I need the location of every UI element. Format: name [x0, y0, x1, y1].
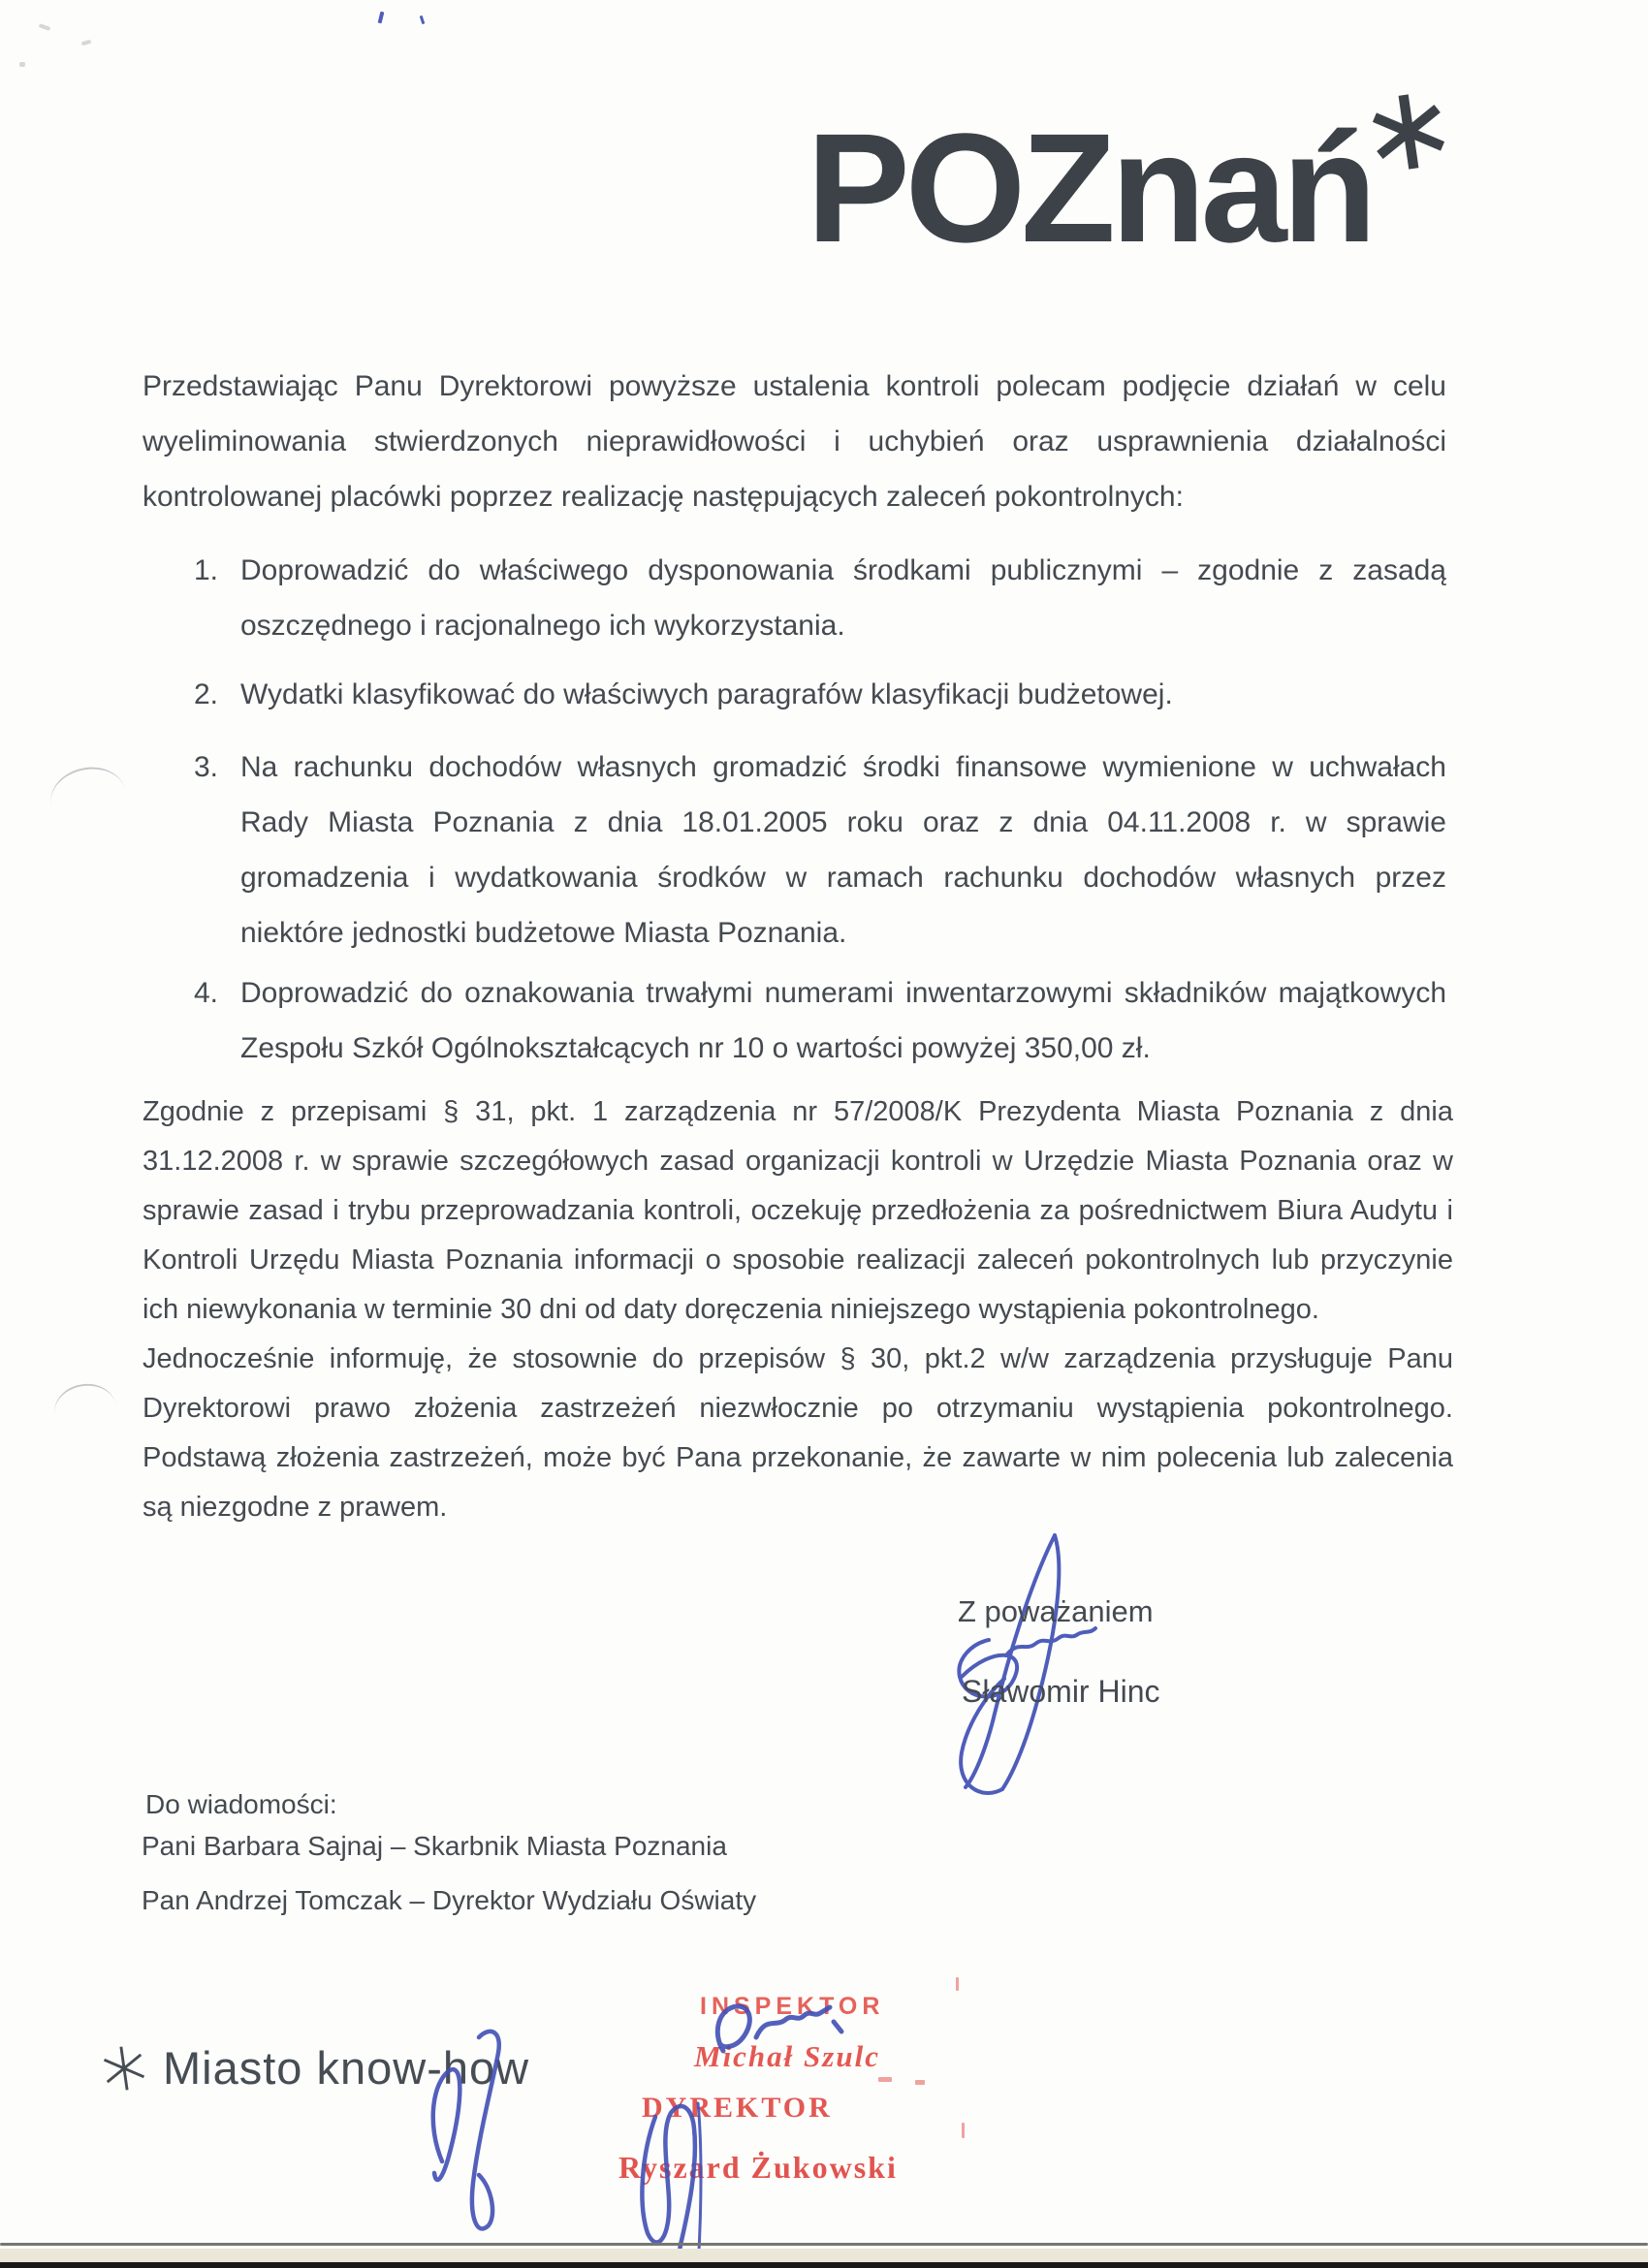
scan-arc-artifact [45, 761, 131, 835]
scan-speck [81, 40, 92, 46]
document-page: POZnań Przedstawiając Panu Dyrektorowi p… [0, 0, 1648, 2268]
pen-mark [378, 12, 385, 24]
stamp-ink-speck [962, 2123, 965, 2138]
list-item-number: 3. [194, 740, 240, 961]
cc-label: Do wiadomości: [145, 1789, 337, 1820]
cc-recipient: Pan Andrzej Tomczak – Dyrektor Wydziału … [142, 1885, 756, 1916]
stamp-ink-speck [956, 1977, 959, 1991]
stamp-ink-speck [915, 2080, 925, 2085]
scan-edge-band [0, 2249, 1648, 2262]
handwritten-signature-szulc [706, 1997, 861, 2069]
intro-paragraph: Przedstawiając Panu Dyrektorowi powyższe… [143, 359, 1446, 524]
list-item-text: Na rachunku dochodów własnych gromadzić … [240, 740, 1446, 961]
stamp-ink-speck [878, 2077, 892, 2082]
salutation-text: Z poważaniem [958, 1594, 1154, 1629]
list-item-text: Doprowadzić do właściwego dysponowania ś… [240, 543, 1446, 653]
handwritten-signature-hinc [913, 1524, 1146, 1795]
signer-name: Sławomir Hinc [962, 1674, 1159, 1710]
list-item-text: Wydatki klasyfikować do właściwych parag… [240, 667, 1446, 722]
scan-arc-artifact [50, 1379, 120, 1441]
list-item-number: 2. [194, 667, 240, 722]
list-item-number: 4. [194, 965, 240, 1076]
list-item-number: 1. [194, 543, 240, 653]
list-item: 2. Wydatki klasyfikować do właściwych pa… [194, 667, 1446, 722]
list-item-text: Doprowadzić do oznakowania trwałymi nume… [240, 965, 1446, 1076]
logo-asterisk-icon [1368, 91, 1449, 173]
slogan-asterisk-icon [99, 2043, 149, 2094]
pen-mark [420, 16, 426, 24]
closing-paragraphs: Zgodnie z przepisami § 31, pkt. 1 zarząd… [143, 1087, 1453, 1532]
scan-speck [39, 23, 51, 31]
scan-edge-shadow [0, 2262, 1648, 2268]
poznan-logo: POZnań [807, 107, 1372, 269]
scan-edge-line [0, 2243, 1648, 2246]
list-item: 1. Doprowadzić do właściwego dysponowani… [194, 543, 1446, 653]
cc-recipient: Pani Barbara Sajnaj – Skarbnik Miasta Po… [142, 1831, 727, 1862]
list-item: 3. Na rachunku dochodów własnych gromadz… [194, 740, 1446, 961]
logo-wordmark: POZnań [807, 101, 1372, 274]
handwritten-signature-footer [417, 2016, 533, 2249]
handwritten-signature-zukowski [617, 2090, 781, 2268]
list-item: 4. Doprowadzić do oznakowania trwałymi n… [194, 965, 1446, 1076]
closing-paragraph-2: Jednocześnie informuję, że stosownie do … [143, 1335, 1453, 1532]
closing-paragraph-1: Zgodnie z przepisami § 31, pkt. 1 zarząd… [143, 1087, 1453, 1335]
scan-speck [19, 62, 25, 67]
